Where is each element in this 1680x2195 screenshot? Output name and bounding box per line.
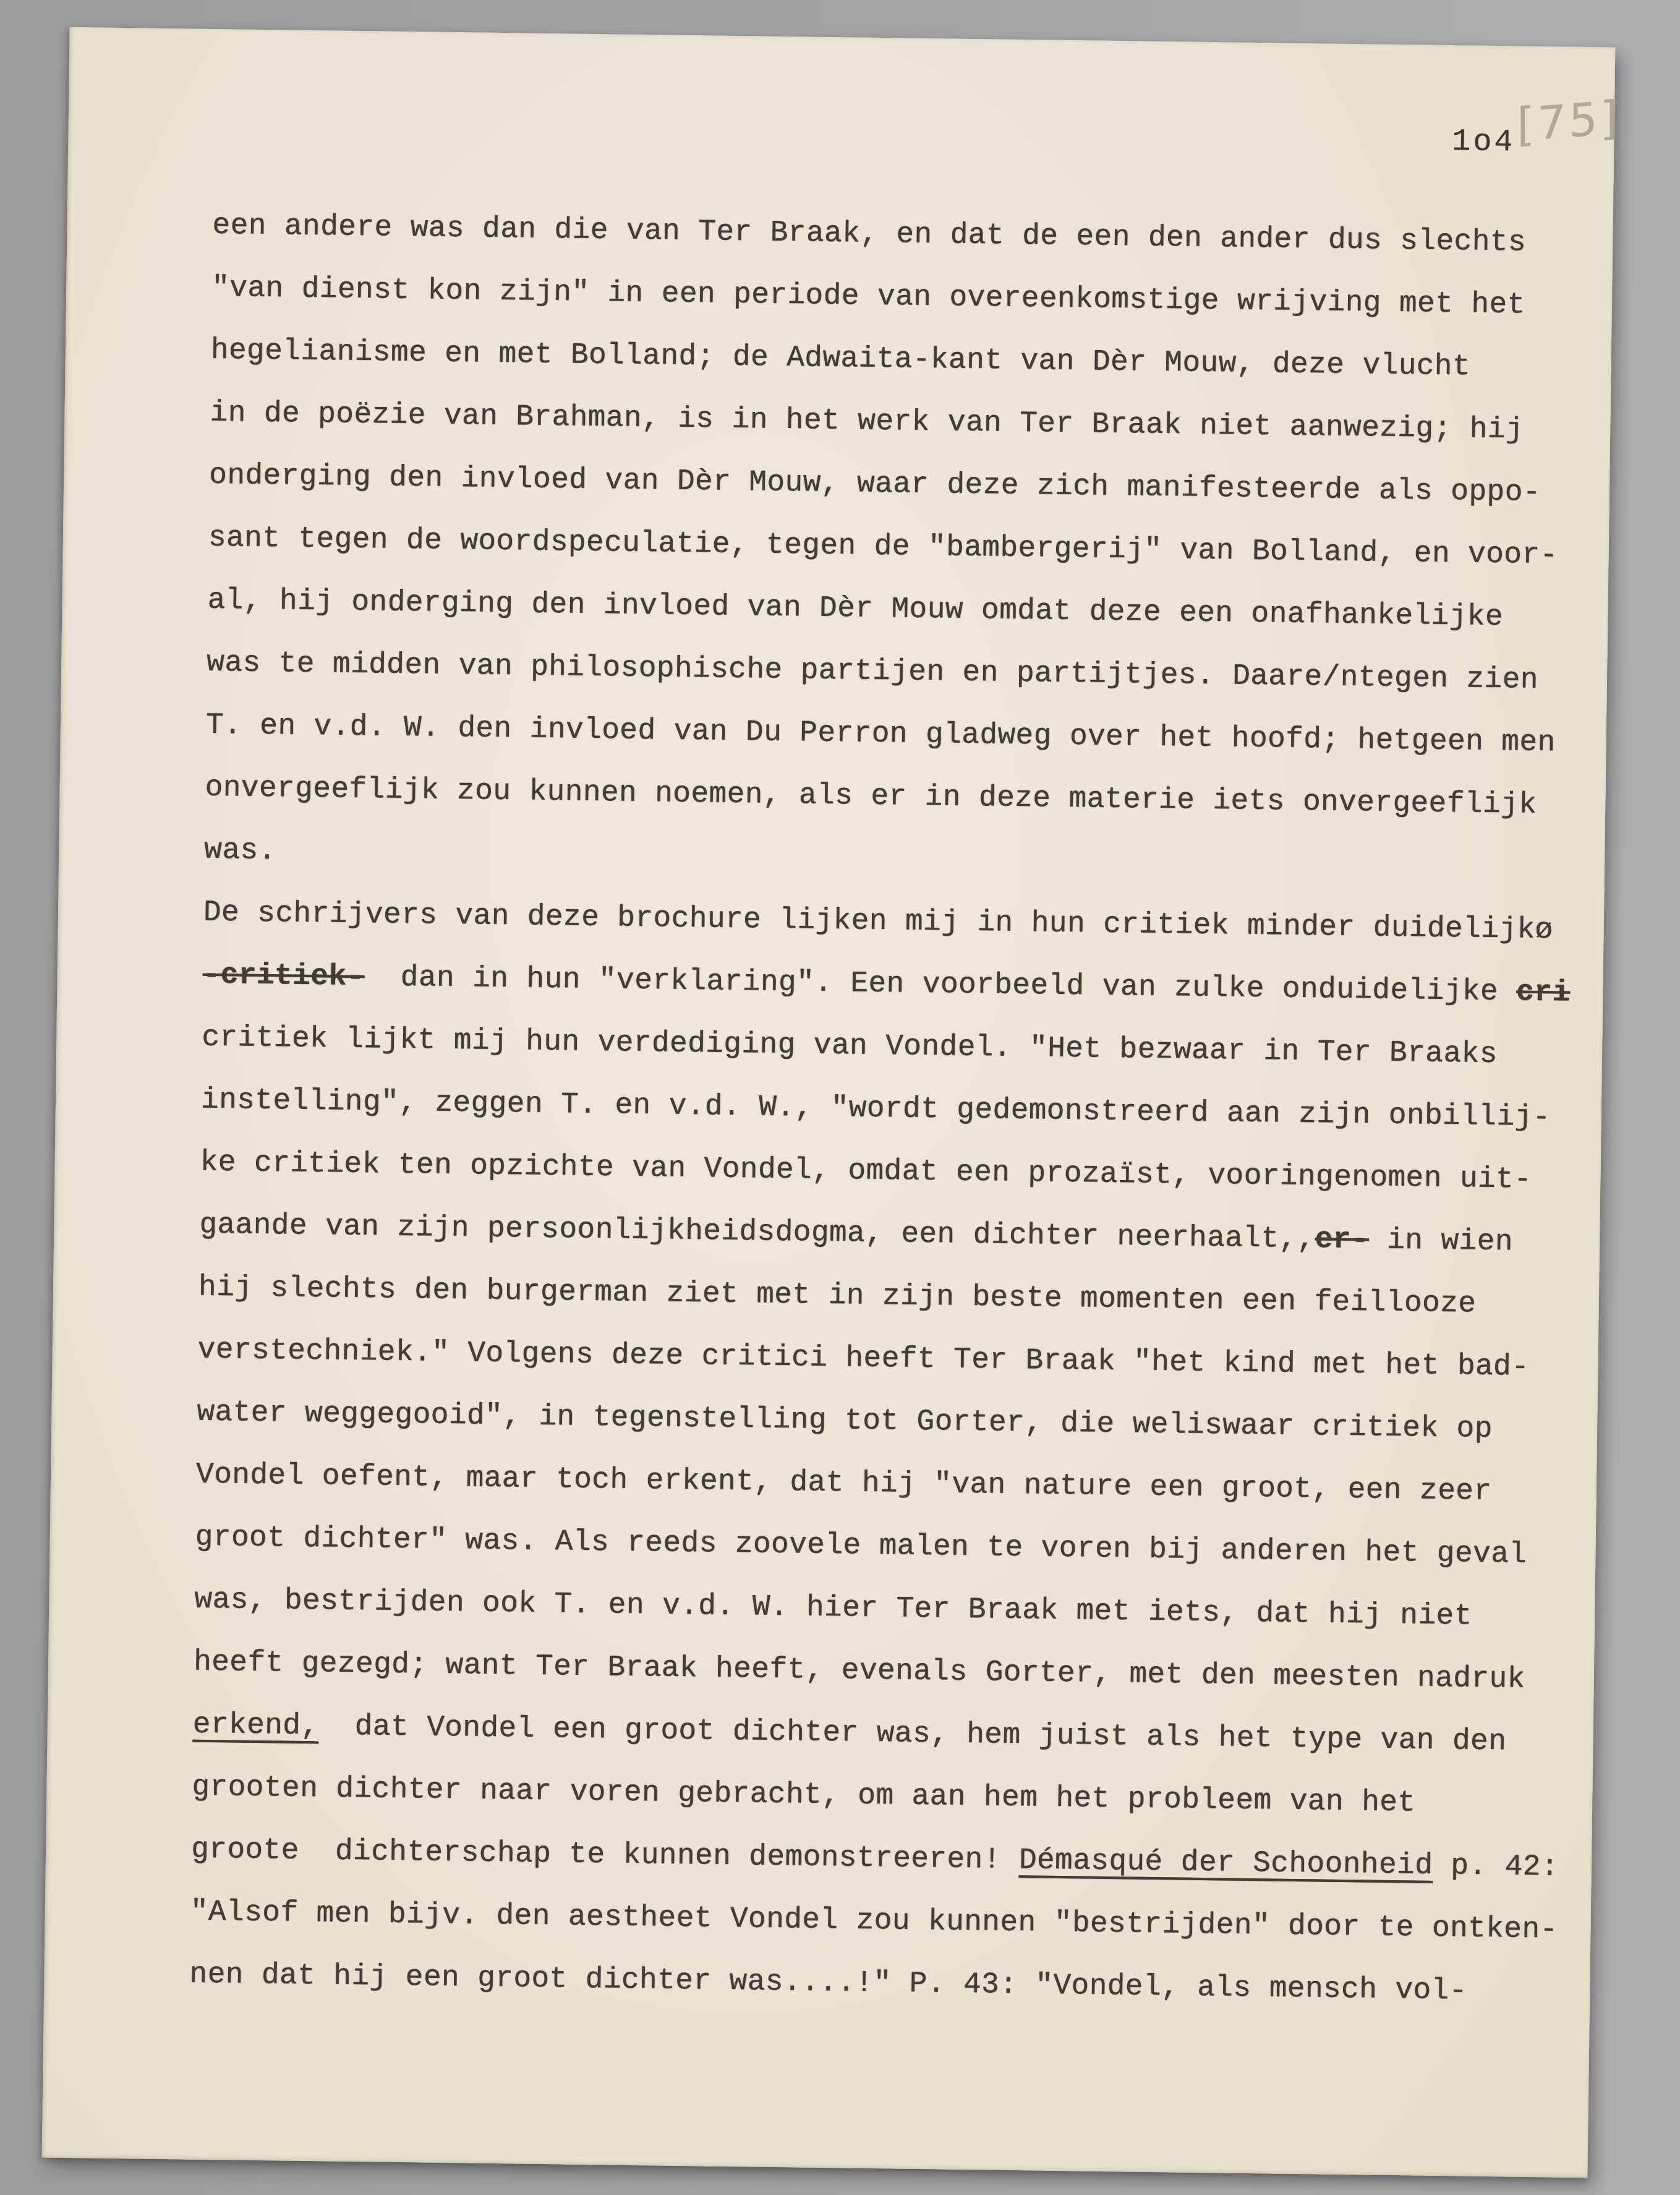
text-lines: een andere was dan die van Ter Braak, en…	[189, 195, 1592, 2024]
text-segment: hegelianisme en met Bolland; de Adwaita-…	[210, 334, 1470, 384]
text-segment: groot dichter" was. Als reeds zoovele ma…	[195, 1521, 1527, 1572]
text-segment: water weggegooid", in tegenstelling tot …	[197, 1396, 1493, 1446]
text-segment: "Alsof men bijv. den aestheet Vondel zou…	[190, 1896, 1558, 1947]
text-segment: erkend,	[192, 1708, 318, 1744]
text-segment: -critiek-	[202, 959, 365, 994]
text-segment: was te midden van philosophische partije…	[207, 646, 1538, 697]
text-segment: groote dichterschap te kunnen demonstree…	[191, 1833, 1019, 1878]
text-segment: dat Vondel een groot dichter was, hem ju…	[318, 1709, 1506, 1758]
page-number: 1o4	[1452, 124, 1516, 160]
text-segment: dan in hun "verklaring". Een voorbeeld v…	[364, 961, 1516, 1009]
text-segment: heeft gezegd; want Ter Braak heeft, even…	[194, 1646, 1525, 1697]
text-segment: een andere was dan die van Ter Braak, en…	[212, 209, 1526, 260]
manuscript-page: 1o4 [75] een andere was dan die van Ter …	[42, 27, 1616, 2178]
text-segment: verstechniek." Volgens deze critici heef…	[197, 1333, 1529, 1384]
text-segment: in wien	[1369, 1223, 1514, 1259]
text-segment: gaande van zijn persoonlijkheidsdogma, e…	[199, 1209, 1315, 1257]
text-segment: was.	[204, 834, 276, 868]
text-segment: al, hij onderging den invloed van Dèr Mo…	[207, 584, 1503, 634]
text-segment: onderging den invloed van Dèr Mouw, waar…	[209, 459, 1541, 510]
text-segment: onvergeeflijk zou kunnen noemen, als er …	[205, 771, 1537, 822]
text-segment: "van dienst kon zijn" in een periode van…	[211, 272, 1525, 322]
text-segment: nen dat hij een groot dichter was....!" …	[189, 1958, 1467, 2008]
text-segment: T. en v.d. W. den invloed van Du Perron …	[206, 709, 1556, 760]
scan-background: 1o4 [75] een andere was dan die van Ter …	[0, 0, 1680, 2195]
text-segment: hij slechts den burgerman ziet met in zi…	[198, 1271, 1477, 1321]
pencil-annotation: [75]	[1517, 91, 1621, 152]
text-segment: was, bestrijden ook T. en v.d. W. hier T…	[194, 1583, 1472, 1633]
text-segment: instelling", zeggen T. en v.d. W., "word…	[201, 1084, 1551, 1135]
text-segment: De schrijvers van deze brochure lijken m…	[203, 896, 1553, 948]
text-segment: Vondel oefent, maar toch erkent, dat hij…	[196, 1458, 1492, 1508]
text-segment: in de poëzie van Brahman, is in het werk…	[210, 396, 1524, 447]
text-segment: critiek lijkt mij hun verdediging van Vo…	[202, 1021, 1498, 1071]
text-segment: p. 42:	[1433, 1849, 1559, 1885]
text-segment: sant tegen de woordspeculatie, tegen de …	[208, 521, 1558, 573]
text-segment: er-	[1315, 1223, 1369, 1257]
text-segment: grooten dichter naar voren gebracht, om …	[192, 1771, 1416, 1820]
text-segment: Démasqué der Schoonheid	[1018, 1844, 1433, 1883]
text-segment: ke critiek ten opzichte van Vondel, omda…	[200, 1146, 1532, 1197]
text-segment: cri	[1516, 976, 1571, 1010]
